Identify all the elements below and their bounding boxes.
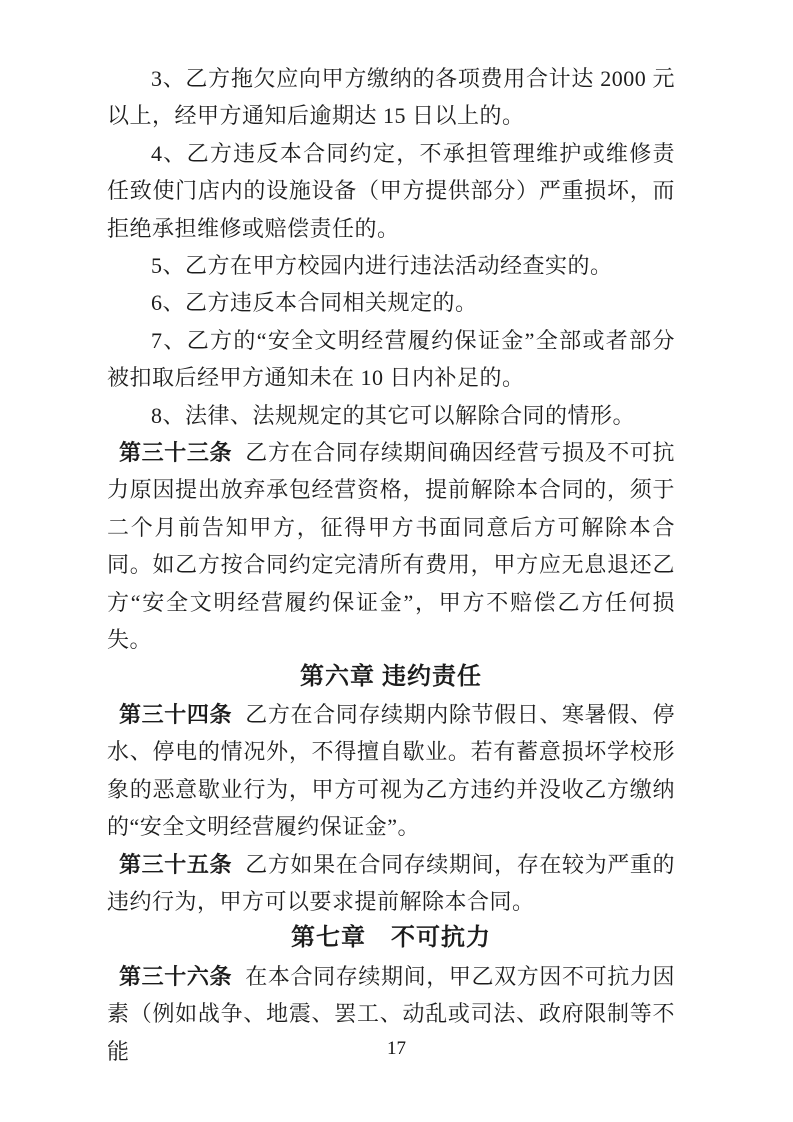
chapter-heading: 第六章 违约责任 [107,659,675,696]
numbered-item-paragraph: 5、乙方在甲方校园内进行违法活动经查实的。 [107,247,675,284]
clause-number-label: 第三十三条 [119,440,232,465]
numbered-item-paragraph: 4、乙方违反本合同约定，不承担管理维护或维修责任致使门店内的设施设备（甲方提供部… [107,135,675,247]
clause-number-label: 第三十四条 [119,702,232,727]
clause-paragraph: 第三十四条乙方在合同存续期内除节假日、寒暑假、停水、停电的情况外，不得擅自歇业。… [107,696,675,846]
numbered-item-paragraph: 8、法律、法规规定的其它可以解除合同的情形。 [107,397,675,434]
numbered-item-paragraph: 3、乙方拖欠应向甲方缴纳的各项费用合计达 2000 元以上，经甲方通知后逾期达 … [107,60,675,135]
page-footer: 17 [0,1038,793,1060]
clause-number-label: 第三十六条 [119,964,232,989]
numbered-item-paragraph: 6、乙方违反本合同相关规定的。 [107,284,675,321]
page-number: 17 [387,1038,406,1059]
clause-paragraph: 第三十五条乙方如果在合同存续期间，存在较为严重的违约行为，甲方可以要求提前解除本… [107,846,675,921]
numbered-item-paragraph: 7、乙方的“安全文明经营履约保证金”全部或者部分被扣取后经甲方通知未在 10 日… [107,322,675,397]
clause-paragraph: 第三十三条乙方在合同存续期间确因经营亏损及不可抗力原因提出放弃承包经营资格，提前… [107,434,675,658]
clause-number-label: 第三十五条 [119,852,232,877]
chapter-heading: 第七章 不可抗力 [107,920,675,957]
document-body: 3、乙方拖欠应向甲方缴纳的各项费用合计达 2000 元以上，经甲方通知后逾期达 … [107,60,675,1070]
contract-document-page: 3、乙方拖欠应向甲方缴纳的各项费用合计达 2000 元以上，经甲方通知后逾期达 … [0,0,793,1122]
